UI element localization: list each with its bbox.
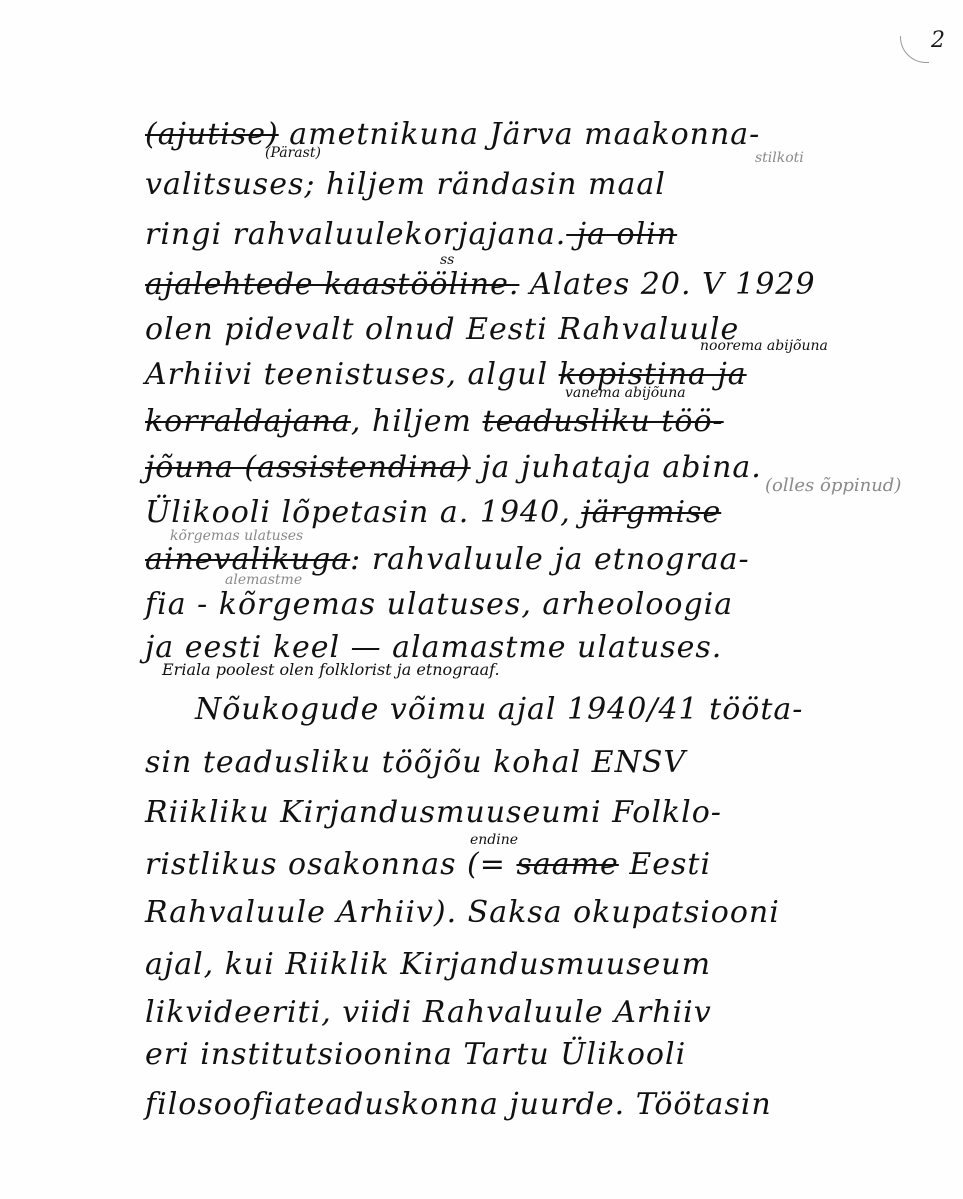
line-text: Nõukogude võimu ajal 1940/41 tööta- [195,692,803,727]
pencil-annotation: stilkoti [755,150,804,166]
line-text: , hiljem [351,404,483,439]
annotation-above: noorema abijõuna [700,338,828,354]
text-line-21: eri institutsioonina Tartu Ülikooli [145,1035,945,1075]
line-text: likvideeriti, viidi Rahvaluule Arhiiv [145,995,712,1030]
line-text: fia - kõrgemas ulatuses, arheoloogia [145,587,733,622]
line-text: : rahvaluule ja etnograa- [350,542,750,577]
manuscript-page: 2 (ajutise) ametnikuna Järva maakonna- (… [0,0,963,1199]
text-line-13-insert: Eriala poolest olen folklorist ja etnogr… [162,660,500,679]
annotation-above: vanema abijõuna [565,385,686,401]
struck-text: teadusliku töö- [483,404,724,439]
line-text: ristlikus osakonnas (= [145,847,516,882]
line-text: Rahvaluule Arhiiv). Saksa okupatsiooni [145,895,780,930]
struck-text: (ajutise) [145,117,279,152]
line-text: filosoofiateaduskonna juurde. Töötasin [145,1087,772,1122]
text-line-17: ristlikus osakonnas (= saame Eesti [145,845,945,885]
text-line-16: Riikliku Kirjandusmuuseumi Folklo- [145,793,945,833]
text-line-11: fia - kõrgemas ulatuses, arheoloogia [145,585,945,625]
line-text: Arhiivi teenistuses, algul [145,357,559,392]
line-text: valitsuses; hiljem rändasin maal [145,167,666,202]
text-line-14: Nõukogude võimu ajal 1940/41 tööta- [145,690,963,730]
text-line-9: Ülikooli lõpetasin a. 1940, järgmise [145,493,945,533]
text-line-20: likvideeriti, viidi Rahvaluule Arhiiv [145,993,945,1033]
line-text: olen pidevalt olnud Eesti Rahvaluule [145,312,739,347]
page-number-mark [900,36,929,63]
line-text: eri institutsioonina Tartu Ülikooli [145,1037,686,1072]
text-line-3: ringi rahvaluulekorjajana. ja olin [145,215,945,255]
text-line-15: sin teadusliku töõjõu kohal ENSV [145,743,945,783]
text-line-18: Rahvaluule Arhiiv). Saksa okupatsiooni [145,893,945,933]
struck-text: järgmise [581,495,721,530]
line-text: ringi rahvaluulekorjajana. [145,217,566,252]
line-text: Ülikooli lõpetasin a. 1940, [145,495,581,530]
text-line-6: Arhiivi teenistuses, algul kopistina ja [145,355,945,395]
text-line-19: ajal, kui Riiklik Kirjandusmuuseum [145,945,945,985]
text-line-7: korraldajana, hiljem teadusliku töö- [145,402,945,442]
line-text: sin teadusliku töõjõu kohal ENSV [145,745,686,780]
line-text-after: Eesti [619,847,711,882]
line-text: Alates 20. V 1929 [519,267,815,302]
text-line-22: filosoofiateaduskonna juurde. Töötasin [145,1085,945,1125]
line-text: ajal, kui Riiklik Kirjandusmuuseum [145,947,711,982]
struck-text: saame [516,847,618,882]
struck-text: ajalehtede kaastööline. [145,267,519,302]
struck-text: jõuna (assistendina) [145,450,471,485]
text-line-4: ajalehtede kaastööline. Alates 20. V 192… [145,265,945,305]
line-text: ametnikuna Järva maakonna- [279,117,761,152]
text-line-2: valitsuses; hiljem rändasin maal [145,165,945,205]
page-number: 2 [931,28,945,53]
line-text: Riikliku Kirjandusmuuseumi Folklo- [145,795,722,830]
struck-text: ja olin [566,217,677,252]
line-text: ja juhataja abina. [471,450,762,485]
struck-text: korraldajana [145,404,351,439]
annotation-above: (Pärast) [265,145,321,161]
